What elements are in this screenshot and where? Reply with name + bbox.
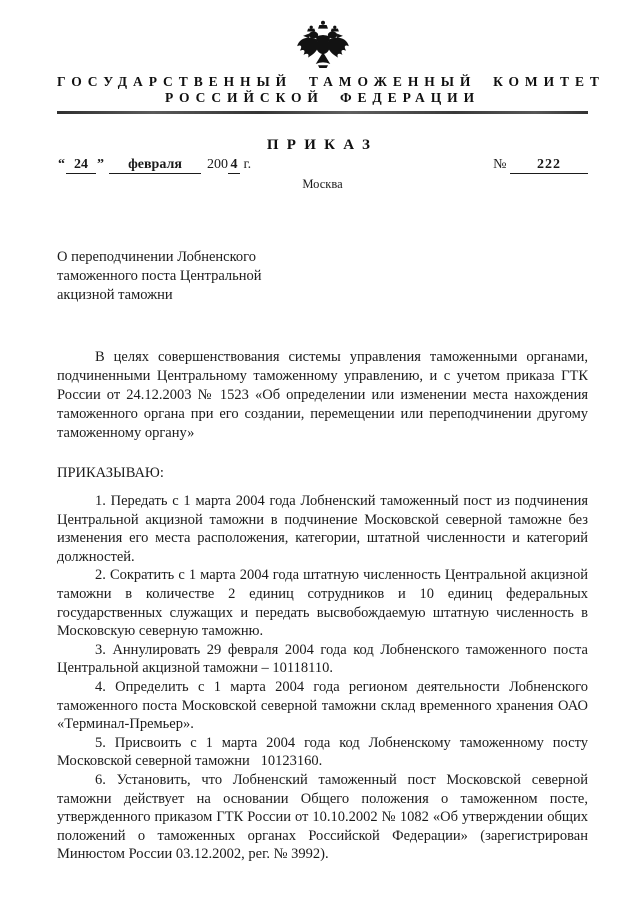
org-name-line1: ГОСУДАРСТВЕННЫЙ ТАМОЖЕННЫЙ КОМИТЕТ <box>57 74 588 90</box>
preamble-paragraph: В целях совершенствования системы управл… <box>57 348 588 443</box>
org-name-line2: РОССИЙСКОЙ ФЕДЕРАЦИИ <box>57 90 588 106</box>
order-item-3: 3. Аннулировать 29 февраля 2004 года код… <box>57 641 588 678</box>
order-item-4: 4. Определить с 1 марта 2004 года регион… <box>57 678 588 734</box>
order-item-5: 5. Присвоить с 1 марта 2004 года код Лоб… <box>57 734 588 771</box>
date-year-printed: 200 <box>207 157 228 172</box>
subject-line: О переподчинении Лобненского <box>57 248 327 267</box>
order-items: 1. Передать с 1 марта 2004 года Лобненск… <box>57 492 588 864</box>
date-era: г. <box>240 157 251 172</box>
double-headed-eagle-icon <box>294 18 352 70</box>
subject-line: акцизной таможни <box>57 286 327 305</box>
order-verb: ПРИКАЗЫВАЮ: <box>57 464 588 483</box>
city-label: Москва <box>57 177 588 192</box>
date-number-row: “24”февраля2004 г. № 222 <box>57 157 588 174</box>
open-quote: “ <box>57 157 66 172</box>
date-line: “24”февраля2004 г. <box>57 157 251 174</box>
document-page: ГОСУДАРСТВЕННЫЙ ТАМОЖЕННЫЙ КОМИТЕТ РОССИ… <box>0 0 640 900</box>
order-item-6: 6. Установить, что Лобненский таможенный… <box>57 771 588 864</box>
close-quote: ” <box>96 157 105 172</box>
order-title: ПРИКАЗ <box>57 137 588 154</box>
header-divider <box>57 111 588 114</box>
number-label: № <box>493 157 506 172</box>
number-value: 222 <box>510 157 588 174</box>
order-item-2: 2. Сократить с 1 марта 2004 года штатную… <box>57 566 588 640</box>
emblem-container <box>57 18 588 70</box>
order-number: № 222 <box>493 157 588 174</box>
subject-line: таможенного поста Центральной <box>57 267 327 286</box>
date-month: февраля <box>109 157 201 174</box>
date-day: 24 <box>66 157 96 174</box>
order-item-1: 1. Передать с 1 марта 2004 года Лобненск… <box>57 492 588 566</box>
subject-block: О переподчинении Лобненского таможенного… <box>57 248 327 305</box>
date-year-filled: 4 <box>228 157 240 174</box>
